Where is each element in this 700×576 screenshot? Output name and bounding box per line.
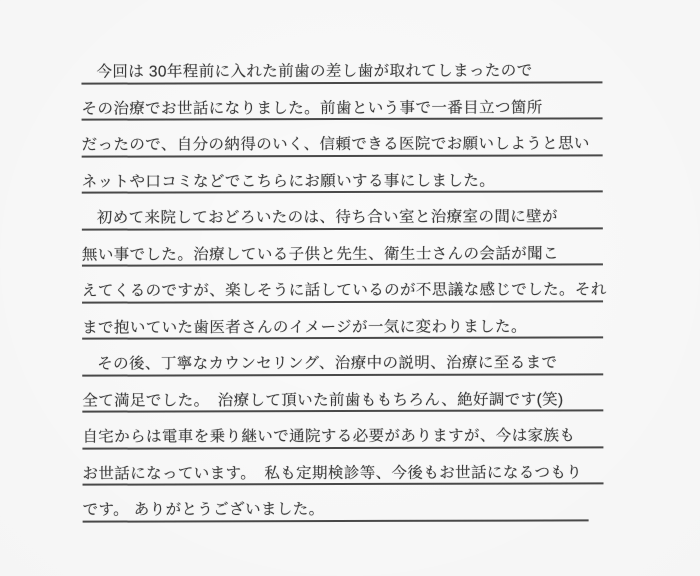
handwritten-line: 無い事でした。治療している子供と先生、衛生士さんの会話が聞こ — [82, 229, 603, 267]
line-text: お世話になっています。 私も定期検診等、今後もお世話になるつもり — [82, 464, 582, 482]
handwritten-line: お世話になっています。 私も定期検診等、今後もお世話になるつもり — [82, 448, 603, 486]
scanned-letter-page: 今回は 30年程前に入れた前歯の差し歯が取れてしまったので その治療でお世話にな… — [0, 0, 700, 576]
line-text: だったので、自分の納得のいく、信頼できる医院でお願いしようと思い — [82, 136, 590, 154]
line-text: ネットや口コミなどでこちらにお願いする事にしました。 — [82, 173, 495, 191]
handwritten-line: まで抱いていた歯医者さんのイメージが一気に変わりました。 — [82, 302, 603, 340]
handwritten-line: えてくるのですが、楽しそうに話しているのが不思議な感じでした。それ — [82, 265, 603, 303]
handwritten-testimonial: 今回は 30年程前に入れた前歯の差し歯が取れてしまったので その治療でお世話にな… — [81, 46, 603, 522]
line-text: 自宅からは電車を乗り継いで通院する必要がありますが、今は家族も — [82, 428, 575, 446]
line-text: 無い事でした。治療している子供と先生、衛生士さんの会話が聞こ — [82, 245, 559, 263]
line-text: えてくるのですが、楽しそうに話しているのが不思議な感じでした。それ — [82, 282, 607, 300]
line-text: 全て満足でした。 治療して頂いた前歯ももちろん、絶好調です(笑) — [82, 391, 563, 409]
handwritten-line: 初めて来院しておどろいたのは、待ち合い室と治療室の間に壁が — [82, 192, 603, 230]
handwritten-line: その治療でお世話になりました。前歯という事で一番目立つ箇所 — [81, 83, 602, 121]
handwritten-line: 自宅からは電車を乗り継いで通院する必要がありますが、今は家族も — [82, 411, 603, 449]
handwritten-line: その後、丁寧なカウンセリング、治療中の説明、治療に至るまで — [82, 338, 603, 376]
line-text: まで抱いていた歯医者さんのイメージが一気に変わりました。 — [82, 318, 527, 336]
line-text: です。 ありがとうございました。 — [83, 502, 325, 520]
handwritten-line: 今回は 30年程前に入れた前歯の差し歯が取れてしまったので — [81, 46, 602, 84]
handwritten-line: だったので、自分の納得のいく、信頼できる医院でお願いしようと思い — [82, 119, 603, 157]
handwritten-line: ネットや口コミなどでこちらにお願いする事にしました。 — [82, 156, 603, 194]
handwritten-line: 全て満足でした。 治療して頂いた前歯ももちろん、絶好調です(笑) — [82, 375, 603, 413]
line-text: 今回は 30年程前に入れた前歯の差し歯が取れてしまったので — [81, 63, 532, 81]
line-text: その後、丁寧なカウンセリング、治療中の説明、治療に至るまで — [82, 355, 557, 373]
handwritten-line: です。 ありがとうございました。 — [83, 484, 589, 522]
line-text: 初めて来院しておどろいたのは、待ち合い室と治療室の間に壁が — [82, 209, 558, 227]
line-text: その治療でお世話になりました。前歯という事で一番目立つ箇所 — [82, 99, 543, 117]
